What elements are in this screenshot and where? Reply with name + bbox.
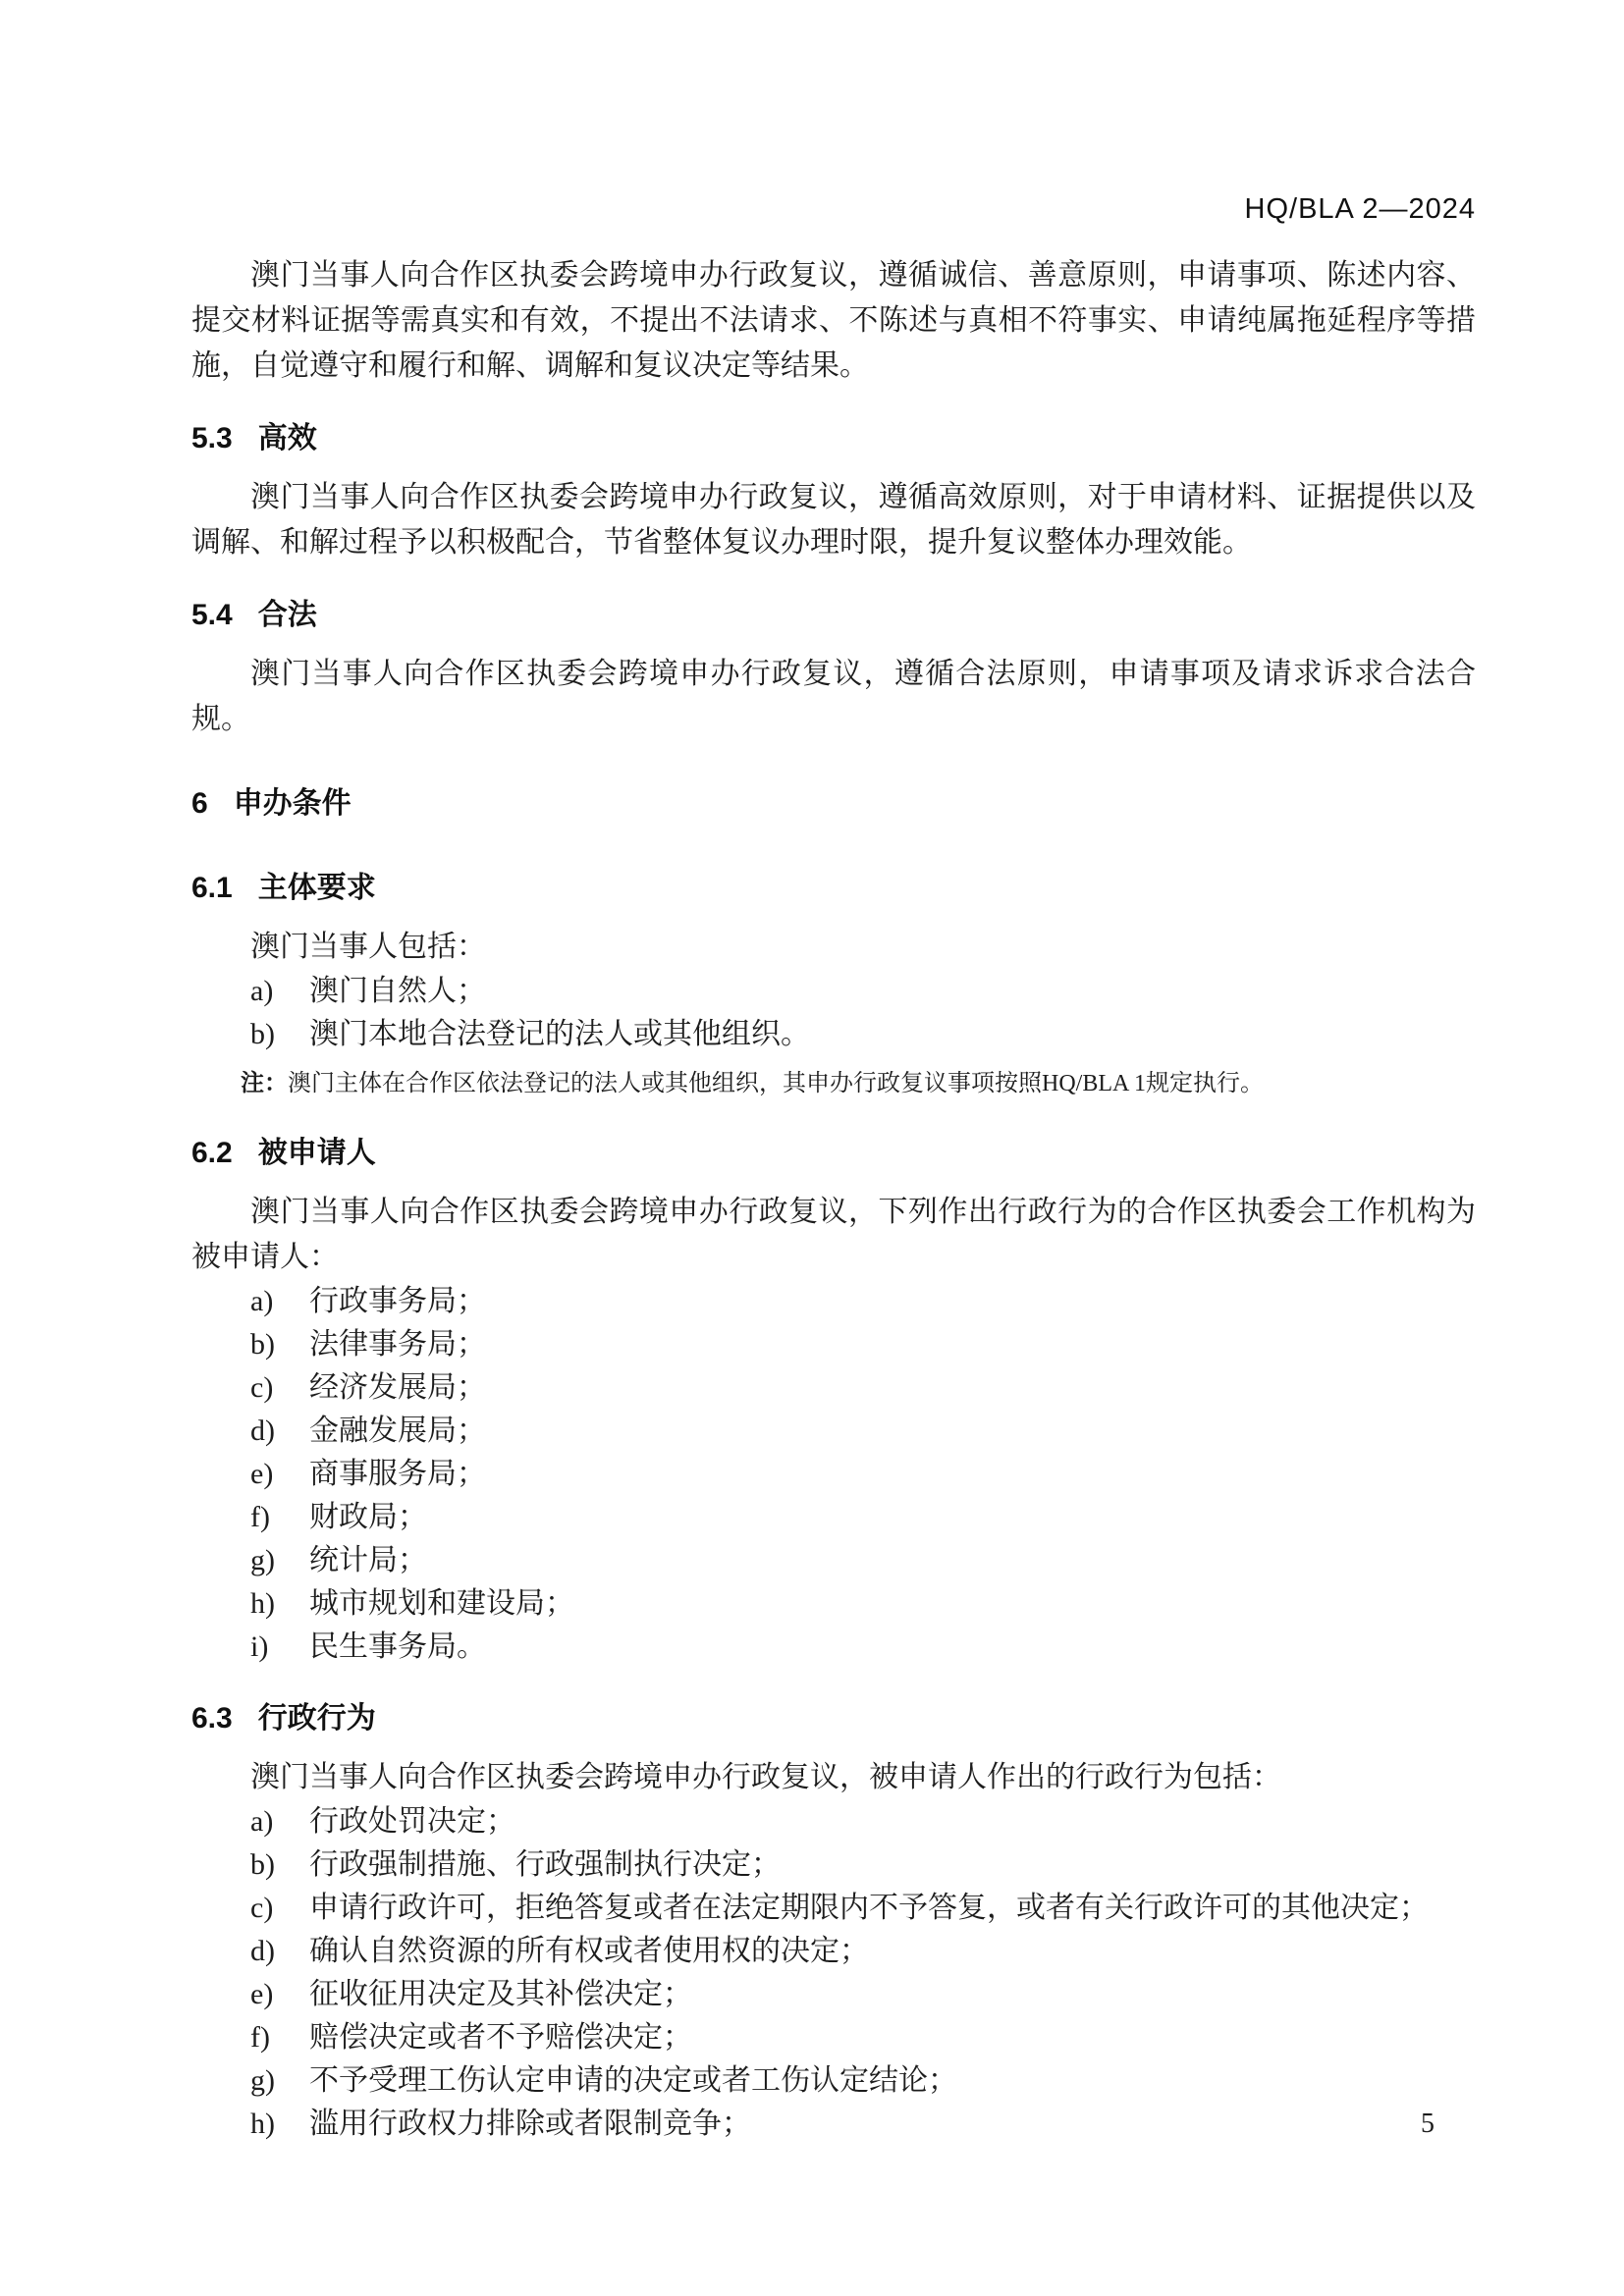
heading-title: 申办条件: [234, 781, 352, 827]
list-item-text: 行政处罚决定；: [309, 1805, 515, 1838]
list-item-label: h): [250, 1582, 275, 1626]
list-item: f) 赔偿决定或者不予赔偿决定；: [191, 2016, 1476, 2059]
doc-code: HQ/BLA 2—2024: [1245, 193, 1476, 226]
section-heading-5-4: 5.4 合法: [191, 593, 1476, 638]
section-6-2-lead: 澳门当事人向合作区执委会跨境申办行政复议，下列作出行政行为的合作区执委会工作机构…: [191, 1190, 1476, 1280]
list-item-label: d): [250, 1410, 275, 1453]
list-item-text: 行政强制措施、行政强制执行决定；: [309, 1848, 781, 1881]
list-item-label: a): [250, 1280, 273, 1323]
heading-number: 6.3: [191, 1696, 233, 1741]
heading-number: 5.3: [191, 416, 233, 461]
list-item-text: 行政事务局；: [309, 1285, 486, 1317]
note-text: 澳门主体在合作区依法登记的法人或其他组织，其申办行政复议事项按照HQ/BLA 1…: [288, 1071, 1264, 1096]
list-item-text: 金融发展局；: [309, 1415, 486, 1447]
list-item: c) 申请行政许可，拒绝答复或者在法定期限内不予答复，或者有关行政许可的其他决定…: [191, 1887, 1476, 1930]
list-item-text: 民生事务局。: [309, 1630, 486, 1663]
list-item-label: g): [250, 2059, 275, 2103]
list-item: d) 金融发展局；: [191, 1410, 1476, 1453]
section-heading-6-3: 6.3 行政行为: [191, 1696, 1476, 1741]
section-heading-5-3: 5.3 高效: [191, 416, 1476, 461]
heading-number: 5.4: [191, 593, 233, 638]
list-item-label: d): [250, 1930, 275, 1973]
list-item: i) 民生事务局。: [191, 1626, 1476, 1669]
heading-number: 6.1: [191, 866, 233, 911]
list-item-text: 确认自然资源的所有权或者使用权的决定；: [309, 1935, 869, 1967]
heading-number: 6: [191, 781, 208, 827]
heading-title: 主体要求: [258, 866, 376, 911]
document-content: 澳门当事人向合作区执委会跨境申办行政复议，遵循诚信、善意原则，申请事项、陈述内容…: [191, 253, 1476, 2146]
section-6-1-lead: 澳门当事人包括：: [191, 925, 1476, 970]
heading-title: 行政行为: [258, 1696, 376, 1741]
section-5-3-paragraph: 澳门当事人向合作区执委会跨境申办行政复议，遵循高效原则，对于申请材料、证据提供以…: [191, 475, 1476, 565]
list-item-label: b): [250, 1323, 275, 1366]
list-item-text: 统计局；: [309, 1544, 427, 1576]
list-item-text: 商事服务局；: [309, 1458, 486, 1490]
list-item-text: 澳门自然人；: [309, 975, 486, 1007]
list-item: g) 统计局；: [191, 1539, 1476, 1582]
list-item-label: b): [250, 1013, 275, 1056]
list-item-text: 征收征用决定及其补偿决定；: [309, 1978, 692, 2010]
list-item-label: b): [250, 1843, 275, 1887]
list-item-label: c): [250, 1887, 273, 1930]
heading-title: 被申请人: [258, 1131, 376, 1176]
list-item: e) 征收征用决定及其补偿决定；: [191, 1973, 1476, 2016]
list-item: b) 澳门本地合法登记的法人或其他组织。: [191, 1013, 1476, 1056]
list-item-text: 不予受理工伤认定申请的决定或者工伤认定结论；: [309, 2064, 957, 2097]
heading-title: 高效: [258, 416, 317, 461]
list-item-text: 澳门本地合法登记的法人或其他组织。: [309, 1018, 810, 1050]
list-item-text: 法律事务局；: [309, 1328, 486, 1361]
list-item: h) 城市规划和建设局；: [191, 1582, 1476, 1626]
list-item-label: a): [250, 970, 273, 1013]
list-item: e) 商事服务局；: [191, 1453, 1476, 1496]
heading-title: 合法: [258, 593, 317, 638]
section-heading-6-2: 6.2 被申请人: [191, 1131, 1476, 1176]
list-item: a) 行政事务局；: [191, 1280, 1476, 1323]
list-item-label: c): [250, 1366, 273, 1410]
section-6-3-lead: 澳门当事人向合作区执委会跨境申办行政复议，被申请人作出的行政行为包括：: [191, 1755, 1476, 1800]
list-item-label: h): [250, 2103, 275, 2146]
note: 注：澳门主体在合作区依法登记的法人或其他组织，其申办行政复议事项按照HQ/BLA…: [191, 1064, 1476, 1103]
intro-paragraph: 澳门当事人向合作区执委会跨境申办行政复议，遵循诚信、善意原则，申请事项、陈述内容…: [191, 253, 1476, 389]
list-item: g) 不予受理工伤认定申请的决定或者工伤认定结论；: [191, 2059, 1476, 2103]
heading-number: 6.2: [191, 1131, 233, 1176]
section-heading-6-1: 6.1 主体要求: [191, 866, 1476, 911]
list-item-label: f): [250, 2016, 270, 2059]
list-item: h) 滥用行政权力排除或者限制竞争；: [191, 2103, 1476, 2146]
list-item: f) 财政局；: [191, 1496, 1476, 1539]
list-item-label: e): [250, 1453, 273, 1496]
document-page: HQ/BLA 2—2024 澳门当事人向合作区执委会跨境申办行政复议，遵循诚信、…: [0, 0, 1624, 2296]
list-item: b) 行政强制措施、行政强制执行决定；: [191, 1843, 1476, 1887]
section-5-4-paragraph: 澳门当事人向合作区执委会跨境申办行政复议，遵循合法原则，申请事项及请求诉求合法合…: [191, 652, 1476, 742]
note-label: 注：: [241, 1070, 288, 1096]
list-item-label: e): [250, 1973, 273, 2016]
list-item: c) 经济发展局；: [191, 1366, 1476, 1410]
list-item: a) 澳门自然人；: [191, 970, 1476, 1013]
list-item-label: g): [250, 1539, 275, 1582]
page-number: 5: [1421, 2109, 1435, 2140]
list-item: d) 确认自然资源的所有权或者使用权的决定；: [191, 1930, 1476, 1973]
list-item-text: 城市规划和建设局；: [309, 1587, 574, 1620]
list-item-label: i): [250, 1626, 268, 1669]
chapter-heading-6: 6 申办条件: [191, 781, 1476, 827]
list-item: b) 法律事务局；: [191, 1323, 1476, 1366]
list-item-text: 滥用行政权力排除或者限制竞争；: [309, 2108, 751, 2140]
list-item-text: 财政局；: [309, 1501, 427, 1533]
list-item-text: 申请行政许可，拒绝答复或者在法定期限内不予答复，或者有关行政许可的其他决定；: [309, 1892, 1429, 1924]
list-item-label: a): [250, 1800, 273, 1843]
list-item-text: 经济发展局；: [309, 1371, 486, 1404]
list-item: a) 行政处罚决定；: [191, 1800, 1476, 1843]
list-item-text: 赔偿决定或者不予赔偿决定；: [309, 2021, 692, 2054]
list-item-label: f): [250, 1496, 270, 1539]
